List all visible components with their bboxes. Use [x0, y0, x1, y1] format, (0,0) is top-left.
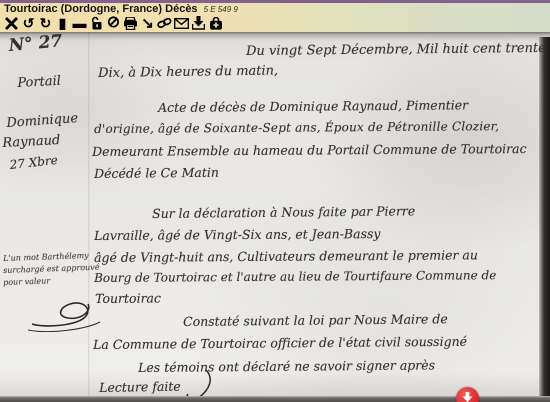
archive-reference: 5 E 549 9	[204, 5, 238, 14]
margin-note: Raynaud	[2, 133, 61, 151]
block-icon: ⊘	[107, 15, 120, 31]
record-line: Demeurant Ensemble au hameau du Portail …	[92, 141, 527, 159]
record-line: Constaté suivant la loi par Nous Maire d…	[183, 311, 448, 329]
viewer-chrome: Tourtoirac (Dordogne, France) Décès 5 E …	[0, 3, 550, 32]
scan-right-edge	[539, 37, 550, 398]
record-line: Tourtoirac	[95, 290, 161, 306]
record-line: Du vingt Sept Décembre, Mil huit cent tr…	[246, 41, 546, 59]
print-button[interactable]	[122, 15, 139, 32]
mail-button[interactable]	[173, 15, 190, 32]
add-to-cart-button[interactable]	[207, 15, 224, 32]
margin-note: 27 Xbre	[9, 153, 58, 172]
record-line: d'origine, âgé de Soixante-Sept ans, Épo…	[94, 119, 499, 136]
close-icon	[5, 17, 18, 30]
record-line: La Commune de Tourtoirac officier de l'é…	[93, 334, 467, 352]
link-icon	[157, 17, 172, 29]
record-line: Acte de décès de Dominique Raynaud, Pime…	[158, 97, 468, 115]
record-line: Lecture faite	[99, 379, 181, 395]
margin-annotation: surchargé est approuvé	[3, 263, 100, 275]
record-line: âgé de Vingt-huit ans, Cultivateurs deme…	[94, 247, 478, 265]
page-fold-line	[88, 32, 90, 402]
document-scan[interactable]: N° 27 Portail Dominique Raynaud 27 Xbre …	[0, 32, 550, 402]
record-line: Lavraille, âgé de Vingt-Six ans, et Jean…	[94, 226, 380, 243]
mail-icon	[174, 18, 189, 29]
rotate-right-button[interactable]: ↻	[37, 15, 54, 32]
move-resize-arrow-icon: ↘	[141, 16, 154, 31]
margin-annotation: L'un mot Barthélemy	[3, 251, 89, 263]
link-button[interactable]	[156, 15, 173, 32]
close-button[interactable]	[3, 15, 20, 32]
move-resize-button[interactable]: ↘	[139, 15, 156, 32]
margin-annotation: pour valeur	[3, 276, 50, 287]
add-to-cart-icon	[209, 17, 223, 30]
record-line: Dix, à Dix heures du matin,	[98, 63, 278, 81]
overlay-download-button[interactable]	[456, 387, 479, 402]
rotate-left-icon: ↺	[23, 16, 35, 30]
landscape-icon: ▬	[73, 16, 87, 30]
record-line: Décédé le Ce Matin	[94, 165, 219, 181]
rotate-right-icon: ↻	[40, 16, 52, 30]
unlock-button[interactable]	[88, 15, 105, 32]
download-icon	[192, 16, 205, 30]
block-button[interactable]: ⊘	[105, 15, 122, 32]
rotate-left-button[interactable]: ↺	[20, 15, 37, 32]
paraph-flourish	[26, 290, 106, 332]
toolbar: ↺ ↻ ▮ ▬ ⊘ ↘	[3, 14, 224, 32]
print-icon	[123, 17, 138, 30]
record-line: Sur la déclaration à Nous faite par Pier…	[152, 203, 415, 221]
overlay-download-icon	[462, 390, 473, 402]
margin-act-number: N° 27	[8, 32, 63, 56]
margin-note: Portail	[17, 74, 61, 91]
unlock-icon	[90, 16, 103, 30]
portrait-view-button[interactable]: ▮	[54, 15, 71, 32]
download-button[interactable]	[190, 15, 207, 32]
margin-note: Dominique	[6, 111, 79, 131]
record-line: Bourg de Tourtoirac et l'autre au lieu d…	[94, 268, 496, 285]
portrait-icon: ▮	[59, 16, 67, 30]
viewer-window: Tourtoirac (Dordogne, France) Décès 5 E …	[0, 0, 550, 402]
landscape-view-button[interactable]: ▬	[71, 15, 88, 32]
